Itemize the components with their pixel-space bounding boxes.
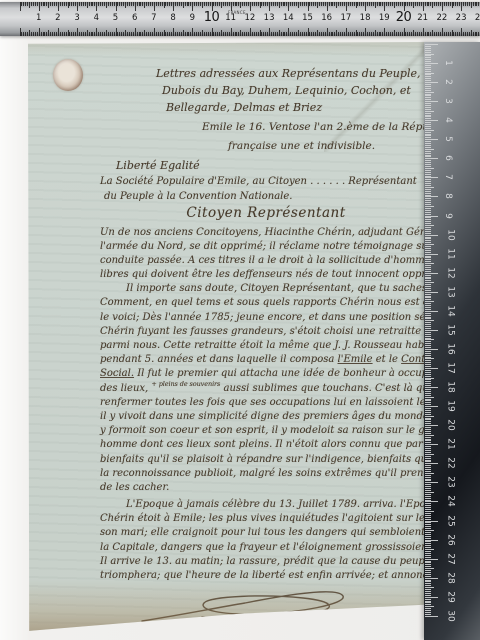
ruler-number: 4: [94, 13, 99, 23]
ruler-number: 24: [475, 13, 480, 23]
text-line: des lieux, + pleins de souvenirs aussi s…: [100, 382, 432, 396]
ruler-number: 18: [360, 13, 371, 23]
ruler-number: 30: [446, 610, 456, 621]
photo-background: { "photo": { "background_color": "#f1f0e…: [0, 0, 480, 640]
ruler-number: 8: [170, 13, 175, 23]
text-line: Bellegarde, Delmas et Briez: [166, 101, 432, 118]
ruler-number: 3: [74, 13, 79, 23]
ruler-number: 14: [283, 13, 294, 23]
text-line: le voici; Dès l'année 1785; jeune encore…: [100, 311, 432, 325]
ruler-number: 27: [446, 553, 456, 564]
ruler-number: 28: [446, 572, 456, 583]
ruler-number: 6: [443, 155, 453, 161]
text-line: parmi nous. Cette retraitte étoit la mêm…: [100, 339, 432, 353]
ruler-number: 3: [443, 98, 453, 104]
ruler-number: 23: [446, 477, 456, 488]
ruler-number: 20: [446, 419, 456, 430]
ruler-number: 10: [204, 10, 220, 25]
text-line: bienfaits qu'il se plaisoit à répandre s…: [100, 453, 432, 467]
text-line: Lettres adressées aux Représentans du Pe…: [156, 67, 432, 84]
text-line: Chérin étoit à Emile; les plus vives inq…: [100, 512, 432, 526]
manuscript-paper: Lettres adressées aux Représentans du Pe…: [28, 42, 434, 632]
ruler-number: 8: [443, 194, 453, 200]
ruler-number: 17: [446, 362, 456, 373]
ruler-number: 5: [443, 136, 453, 142]
text-line: homme dont ces lieux sont pleins. Il n'é…: [100, 438, 432, 452]
text-line: Comment, en quel tems et sous quels rapp…: [100, 296, 432, 310]
ruler-number: 1: [443, 60, 453, 66]
ruler-number: 21: [417, 13, 428, 23]
text-line: L'Epoque à jamais célèbre du 13. Juillet…: [100, 498, 432, 512]
text-line: pendant 5. années et dans laquelle il co…: [100, 353, 432, 367]
ruler-number: 16: [321, 13, 332, 23]
ruler-number: 11: [225, 13, 236, 23]
ruler-number: 15: [446, 324, 456, 335]
ruler-number: 26: [446, 534, 456, 545]
ruler-number: 20: [396, 10, 412, 25]
text-line: la Capitale, dangers que la frayeur et l…: [100, 541, 432, 555]
right-ruler: 1234567891011121314151617181920212223242…: [424, 42, 480, 640]
text-line: de les cacher.: [100, 481, 432, 495]
ruler-number: 22: [446, 458, 456, 469]
ruler-number: 17: [340, 13, 351, 23]
ruler-number: 16: [446, 343, 456, 354]
text-line: Chérin fuyant les fausses grandeurs, s'é…: [100, 325, 432, 339]
paper-bottom-toning: [28, 580, 434, 632]
text-line: Il importe sans doute, Citoyen Représent…: [100, 282, 432, 296]
ruler-number: 19: [446, 400, 456, 411]
text-line: Social. Il fut le premier qui attacha un…: [100, 367, 432, 381]
ruler-number: 13: [446, 286, 456, 297]
ruler-number: 9: [190, 13, 195, 23]
ruler-number: 12: [446, 267, 456, 278]
embossed-seal: [53, 59, 83, 91]
ruler-number: 1: [36, 13, 41, 23]
ruler-number: 10: [446, 229, 456, 240]
text-line: Emile le 16. Ventose l'an 2.ème de la Ré…: [202, 120, 432, 139]
ruler-number: 23: [456, 13, 467, 23]
ruler-number: 15: [302, 13, 313, 23]
text-line: française une et indivisible.: [228, 139, 432, 158]
ruler-number: 12: [244, 13, 255, 23]
ruler-number: 7: [151, 13, 156, 23]
ruler-number: 2: [55, 13, 60, 23]
text-line: La Société Populaire d'Emile, au Citoyen…: [100, 175, 432, 191]
ruler-number: 11: [446, 248, 456, 259]
text-line: il y vivoit dans une simplicité digne de…: [100, 410, 432, 424]
text-line: Il arrive le 13. au matin; la rassure, p…: [100, 555, 432, 569]
ruler-number: 21: [446, 439, 456, 450]
ruler-number: 24: [446, 496, 456, 507]
text-line: y formoit son coeur et son esprit, il y …: [100, 424, 432, 438]
ruler-number: 18: [446, 381, 456, 392]
ruler-number: 22: [436, 13, 447, 23]
text-line: du Peuple à la Convention Nationale.: [104, 190, 432, 206]
ruler-number: 4: [443, 117, 453, 123]
ruler-number: 14: [446, 305, 456, 316]
top-ruler: FRANCE 123456789101112131415161718192021…: [0, 2, 480, 36]
ruler-number: 2: [443, 79, 453, 85]
ruler-number: 29: [446, 591, 456, 602]
ruler-number: 9: [443, 213, 453, 219]
text-line: son mari; elle craignoit pour lui tous l…: [100, 526, 432, 540]
ruler-number: 6: [132, 13, 137, 23]
ruler-number: 25: [446, 515, 456, 526]
ruler-number: 7: [443, 175, 453, 181]
ruler-number: 5: [113, 13, 118, 23]
text-line: conduite passée. A ces titres il a le dr…: [100, 254, 432, 268]
ruler-number: 13: [264, 13, 275, 23]
manuscript-text: Lettres adressées aux Représentans du Pe…: [100, 64, 432, 583]
text-line: l'armée du Nord, se dit opprimé; il récl…: [100, 240, 432, 254]
text-line: Dubois du Bay, Duhem, Lequinio, Cochon, …: [162, 84, 432, 101]
text-line: renfermer toutes les fois que ses occupa…: [100, 396, 432, 410]
text-line: Liberté Egalité: [116, 159, 432, 175]
text-heading: Citoyen Représentant: [100, 206, 432, 226]
text-line: libres qui doivent être les deffenseurs …: [100, 268, 432, 282]
text-line: la reconnoissance publioit, malgré les s…: [100, 467, 432, 481]
ruler-number: 19: [379, 13, 390, 23]
text-line: Un de nos anciens Concitoyens, Hiacinthe…: [100, 226, 432, 240]
